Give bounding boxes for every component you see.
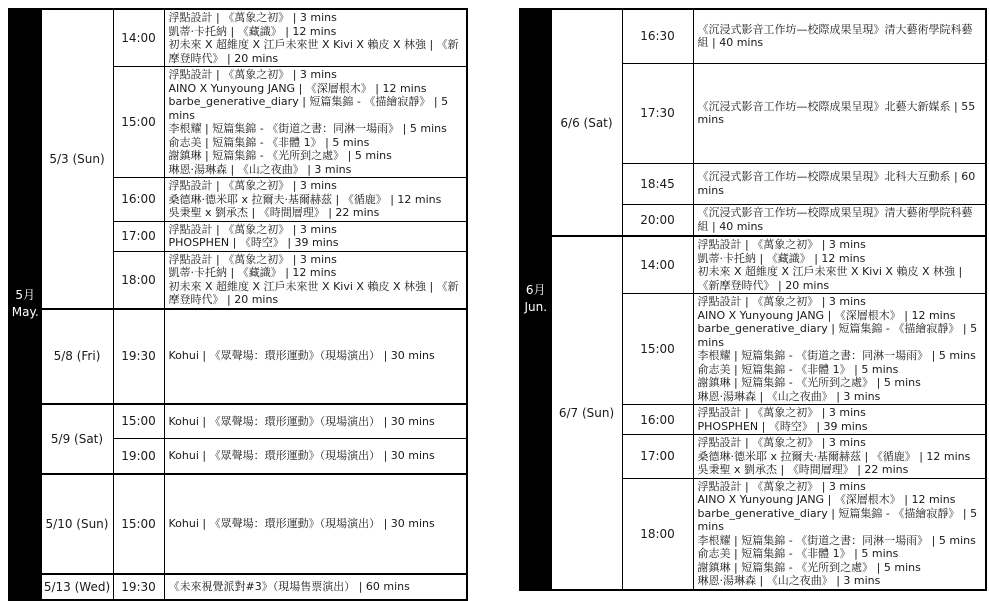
time-cell: 16:00 — [622, 405, 693, 435]
program-cell: Kohui | 《眾聲場：環形運動》（現場演出） | 30 mins — [164, 439, 467, 474]
date-cell: 5/13 (Wed) — [41, 574, 113, 600]
time-cell: 14:00 — [113, 9, 164, 67]
program-cell: 《沉浸式影音工作坊—校際成果呈現》清大藝術學院科藝組 | 40 mins — [693, 9, 986, 63]
date-cell: 6/6 (Sat) — [551, 9, 622, 236]
program-cell: 浮點設計 | 《萬象之初》 | 3 mins AINO X Yunyoung J… — [693, 294, 986, 405]
time-cell: 18:00 — [622, 478, 693, 590]
program-cell: 浮點設計 | 《萬象之初》 | 3 mins AINO X Yunyoung J… — [164, 67, 467, 178]
time-cell: 14:00 — [622, 236, 693, 294]
month-cell-june: 6月 Jun. — [520, 9, 551, 590]
program-cell: 《沉浸式影音工作坊—校際成果呈現》北藝大新媒系 | 55 mins — [693, 63, 986, 163]
program-cell: 浮點設計 | 《萬象之初》 | 3 mins 凱蒂·卡托納 | 《藏識》 | 1… — [164, 251, 467, 309]
date-cell: 6/7 (Sun) — [551, 236, 622, 590]
program-cell: Kohui | 《眾聲場：環形運動》（現場演出） | 30 mins — [164, 404, 467, 439]
time-cell: 15:00 — [113, 474, 164, 574]
date-cell: 5/10 (Sun) — [41, 474, 113, 574]
time-cell: 20:00 — [622, 204, 693, 236]
month-label-zh: 6月 — [522, 282, 550, 299]
time-cell: 15:00 — [113, 404, 164, 439]
program-cell: 浮點設計 | 《萬象之初》 | 3 mins 凱蒂·卡托納 | 《藏識》 | 1… — [164, 9, 467, 67]
time-cell: 19:30 — [113, 309, 164, 404]
program-cell: 浮點設計 | 《萬象之初》 | 3 mins 桑德琳·德米耶 x 拉爾夫·基爾赫… — [164, 178, 467, 222]
program-cell: 浮點設計 | 《萬象之初》 | 3 mins 凱蒂·卡托納 | 《藏識》 | 1… — [693, 236, 986, 294]
time-cell: 16:00 — [113, 178, 164, 222]
program-cell: 浮點設計 | 《萬象之初》 | 3 mins 桑德琳·德米耶 x 拉爾夫·基爾赫… — [693, 435, 986, 479]
time-cell: 19:30 — [113, 574, 164, 600]
date-cell: 5/8 (Fri) — [41, 309, 113, 404]
june-schedule-table: 6月 Jun. 6/6 (Sat) 16:30 《沉浸式影音工作坊—校際成果呈現… — [519, 8, 987, 591]
time-cell: 18:00 — [113, 251, 164, 309]
month-label-en: Jun. — [522, 299, 550, 316]
program-cell: Kohui | 《眾聲場：環形運動》（現場演出） | 30 mins — [164, 474, 467, 574]
date-cell: 5/9 (Sat) — [41, 404, 113, 474]
program-cell: 《未來視覺派對#3》（現場售票演出） | 60 mins — [164, 574, 467, 600]
time-cell: 17:30 — [622, 63, 693, 163]
program-cell: Kohui | 《眾聲場：環形運動》（現場演出） | 30 mins — [164, 309, 467, 404]
program-cell: 《沉浸式影音工作坊—校際成果呈現》北科大互動系 | 60 mins — [693, 163, 986, 204]
month-label-zh: 5月 — [11, 287, 40, 304]
time-cell: 16:30 — [622, 9, 693, 63]
time-cell: 19:00 — [113, 439, 164, 474]
time-cell: 17:00 — [622, 435, 693, 479]
date-cell: 5/3 (Sun) — [41, 9, 113, 309]
may-schedule-table: 5月 May. 5/3 (Sun) 14:00 浮點設計 | 《萬象之初》 | … — [8, 8, 468, 601]
month-cell-may: 5月 May. — [9, 9, 41, 600]
time-cell: 15:00 — [113, 67, 164, 178]
time-cell: 18:45 — [622, 163, 693, 204]
program-cell: 浮點設計 | 《萬象之初》 | 3 mins PHOSPHEN | 《時空》 |… — [693, 405, 986, 435]
time-cell: 15:00 — [622, 294, 693, 405]
month-label-en: May. — [11, 304, 40, 321]
time-cell: 17:00 — [113, 221, 164, 251]
program-cell: 浮點設計 | 《萬象之初》 | 3 mins PHOSPHEN | 《時空》 |… — [164, 221, 467, 251]
program-cell: 浮點設計 | 《萬象之初》 | 3 mins AINO X Yunyoung J… — [693, 478, 986, 590]
program-cell: 《沉浸式影音工作坊—校際成果呈現》清大藝術學院科藝組 | 40 mins — [693, 204, 986, 236]
